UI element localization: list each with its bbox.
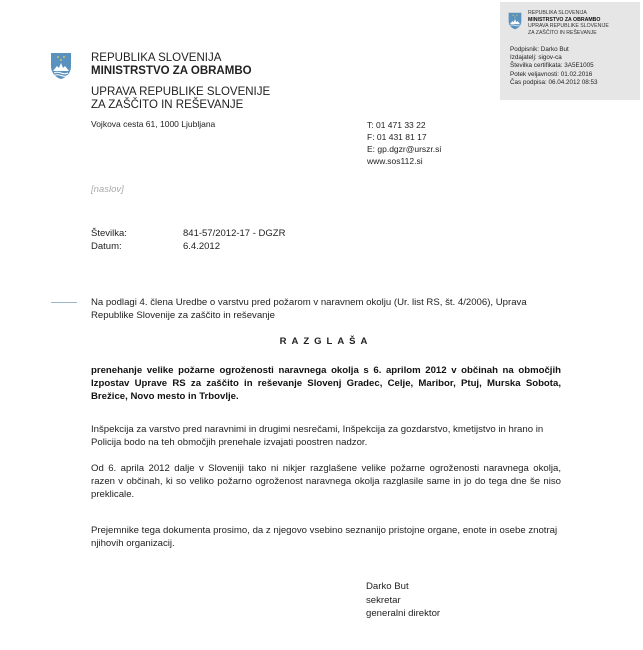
reference-number-value: 841-57/2012-17 - DGZR: [183, 228, 285, 239]
email: E: gp.dgzr@urszr.si: [367, 143, 441, 155]
decision-paragraph: prenehanje velike požarne ogroženosti na…: [91, 364, 561, 403]
stamp-signer: Podpisnik: Darko But: [510, 46, 598, 54]
stamp-sign-time: Čas podpisa: 06.04.2012 08:53: [510, 79, 598, 87]
stamp-validity: Potek veljavnosti: 01.02.2016: [510, 71, 598, 79]
reference-date-label: Datum:: [91, 241, 183, 254]
reference-number-label: Številka:: [91, 228, 183, 241]
digital-signature-stamp: REPUBLIKA SLOVENIJA MINISTRSTVO ZA OBRAM…: [500, 2, 640, 100]
recipient-address-placeholder: [naslov]: [91, 184, 124, 195]
signer-name: Darko But: [366, 580, 440, 594]
letterhead-org: REPUBLIKA SLOVENIJA MINISTRSTVO ZA OBRAM…: [91, 52, 252, 78]
agency-line1: UPRAVA REPUBLIKE SLOVENIJE: [91, 86, 270, 99]
stamp-header: REPUBLIKA SLOVENIJA MINISTRSTVO ZA OBRAM…: [528, 10, 609, 36]
reference-date-value: 6.4.2012: [183, 241, 220, 252]
signer-role-2: generalni direktor: [366, 607, 440, 621]
request-paragraph: Prejemnike tega dokumenta prosimo, da z …: [91, 524, 561, 550]
ministry-name: MINISTRSTVO ZA OBRAMBO: [91, 65, 252, 78]
letterhead-agency: UPRAVA REPUBLIKE SLOVENIJE ZA ZAŠČITO IN…: [91, 86, 270, 112]
fax: F: 01 431 81 17: [367, 131, 441, 143]
stamp-ministry: MINISTRSTVO ZA OBRAMBO: [528, 17, 609, 24]
postal-address: Vojkova cesta 61, 1000 Ljubljana: [91, 119, 215, 129]
country-name: REPUBLIKA SLOVENIJA: [91, 52, 252, 65]
intro-paragraph: Na podlagi 4. člena Uredbe o varstvu pre…: [91, 296, 561, 322]
reference-number-row: Številka:841-57/2012-17 - DGZR: [91, 228, 285, 241]
phone: T: 01 471 33 22: [367, 119, 441, 131]
contact-block: T: 01 471 33 22 F: 01 431 81 17 E: gp.dg…: [367, 119, 441, 167]
fold-mark-divider: [51, 302, 77, 303]
stamp-agency-line2: ZA ZAŠČITO IN REŠEVANJE: [528, 30, 609, 37]
stamp-country: REPUBLIKA SLOVENIJA: [528, 10, 609, 17]
signature-block: Darko But sekretar generalni direktor: [366, 580, 440, 621]
coat-of-arms-icon: [50, 52, 72, 80]
stamp-cert-number: Številka certifikata: 3A5E1005: [510, 62, 598, 70]
reference-date-row: Datum:6.4.2012: [91, 241, 285, 254]
document-title: RAZGLAŠA: [91, 336, 561, 347]
status-paragraph: Od 6. aprila 2012 dalje v Sloveniji tako…: [91, 462, 561, 501]
reference-block: Številka:841-57/2012-17 - DGZR Datum:6.4…: [91, 228, 285, 253]
coat-of-arms-icon: [508, 12, 522, 30]
agency-line2: ZA ZAŠČITO IN REŠEVANJE: [91, 99, 270, 112]
website: www.sos112.si: [367, 155, 441, 167]
inspection-paragraph: Inšpekcija za varstvo pred naravnimi in …: [91, 423, 561, 449]
stamp-metadata: Podpisnik: Darko But Izdajatelj: sigov-c…: [510, 46, 598, 87]
stamp-agency-line1: UPRAVA REPUBLIKE SLOVENIJE: [528, 23, 609, 30]
signer-role-1: sekretar: [366, 594, 440, 608]
